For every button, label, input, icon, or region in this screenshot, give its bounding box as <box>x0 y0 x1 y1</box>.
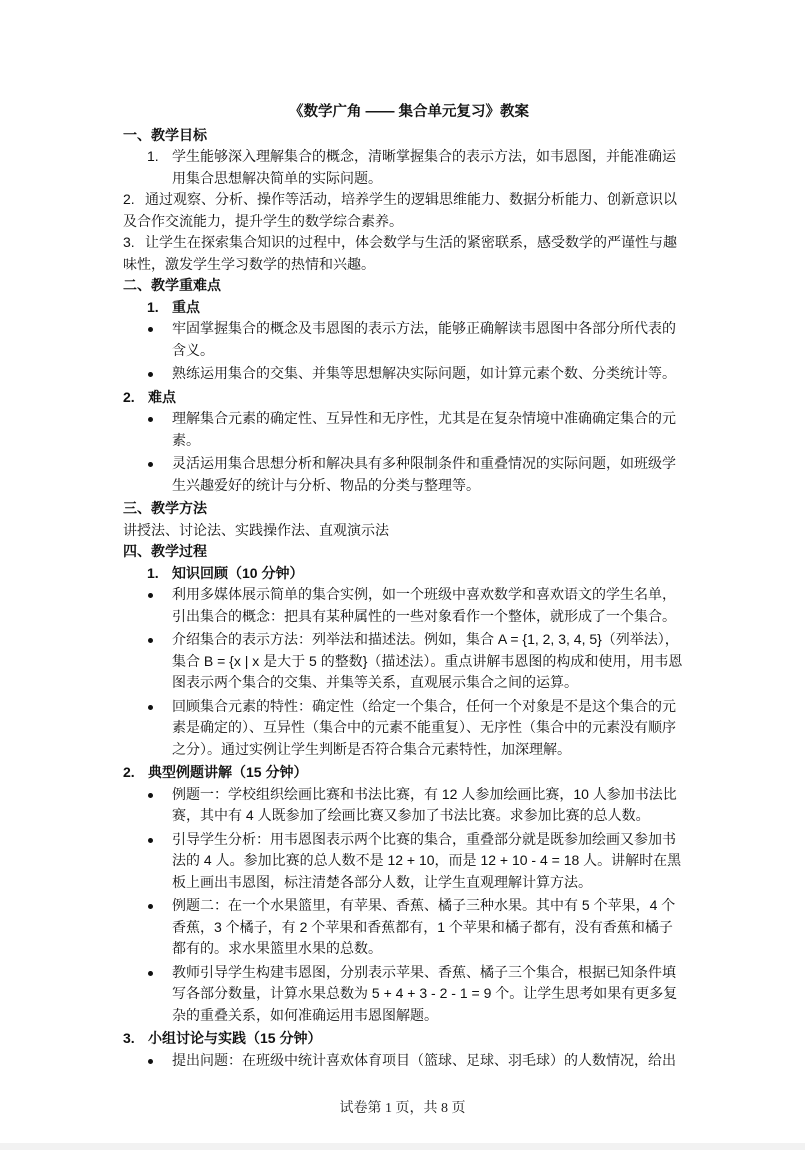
bullet-list: 理解集合元素的确定性、互异性和无序性，尤其是在复杂情境中准确确定集合的元素。 灵… <box>123 408 685 496</box>
list-item-text: 灵活运用集合思想分析和解决具有多种限制条件和重叠情况的实际问题，如班级学生兴趣爱… <box>172 455 676 493</box>
goal-item: 1. 学生能够深入理解集合的概念，清晰掌握集合的表示方法，如韦恩图，并能准确运用… <box>123 146 685 189</box>
bullet-icon <box>148 417 153 422</box>
subheading-label: 知识回顾（10 分钟） <box>172 565 303 581</box>
item-text: 学生能够深入理解集合的概念，清晰掌握集合的表示方法，如韦恩图，并能准确运用集合思… <box>172 148 676 186</box>
bullet-icon <box>148 1059 153 1064</box>
list-item-text: 牢固掌握集合的概念及韦恩图的表示方法，能够正确解读韦恩图中各部分所代表的含义。 <box>172 320 676 358</box>
subheading-label: 典型例题讲解（15 分钟） <box>148 764 307 780</box>
bullet-icon <box>148 372 153 377</box>
subheading-review: 1. 知识回顾（10 分钟） <box>123 563 685 585</box>
bullet-list: 利用多媒体展示简单的集合实例，如一个班级中喜欢数学和喜欢语文的学生名单，引出集合… <box>123 584 685 760</box>
subheading-difficulty: 2. 难点 <box>123 387 685 409</box>
bullet-icon <box>148 593 153 598</box>
list-item: 回顾集合元素的特性：确定性（给定一个集合，任何一个对象是不是这个集合的元素是确定… <box>123 696 685 761</box>
section-heading-methods: 三、教学方法 <box>123 498 685 520</box>
methods-text: 讲授法、讨论法、实践操作法、直观演示法 <box>123 520 685 542</box>
list-item-text: 例题一：学校组织绘画比赛和书法比赛，有 12 人参加绘画比赛，10 人参加书法比… <box>172 786 677 824</box>
list-item: 利用多媒体展示简单的集合实例，如一个班级中喜欢数学和喜欢语文的学生名单，引出集合… <box>123 584 685 627</box>
section-heading-goals: 一、教学目标 <box>123 125 685 147</box>
list-item: 灵活运用集合思想分析和解决具有多种限制条件和重叠情况的实际问题，如班级学生兴趣爱… <box>123 453 685 496</box>
list-item: 例题一：学校组织绘画比赛和书法比赛，有 12 人参加绘画比赛，10 人参加书法比… <box>123 784 685 827</box>
list-item-text: 引导学生分析：用韦恩图表示两个比赛的集合，重叠部分就是既参加绘画又参加书法的 4… <box>172 831 681 890</box>
list-item-text: 提出问题：在班级中统计喜欢体育项目（篮球、足球、羽毛球）的人数情况，给出 <box>172 1052 676 1068</box>
goal-item: 3.让学生在探索集合知识的过程中，体会数学与生活的紧密联系，感受数学的严谨性与趣… <box>123 232 685 275</box>
bullet-icon <box>148 327 153 332</box>
list-item-text: 熟练运用集合的交集、并集等思想解决实际问题，如计算元素个数、分类统计等。 <box>172 365 676 381</box>
list-item: 引导学生分析：用韦恩图表示两个比赛的集合，重叠部分就是既参加绘画又参加书法的 4… <box>123 829 685 894</box>
item-number: 2. <box>123 387 135 409</box>
item-number: 2. <box>123 762 135 784</box>
document-content: 《数学广角 —— 集合单元复习》教案 一、教学目标 1. 学生能够深入理解集合的… <box>123 102 685 1073</box>
bullet-list: 例题一：学校组织绘画比赛和书法比赛，有 12 人参加绘画比赛，10 人参加书法比… <box>123 784 685 1027</box>
list-item-text: 例题二：在一个水果篮里，有苹果、香蕉、橘子三种水果。其中有 5 个苹果，4 个香… <box>172 897 675 956</box>
item-number: 3. <box>123 232 145 254</box>
page-footer: 试卷第 1 页，共 8 页 <box>0 1097 805 1117</box>
list-item-text: 介绍集合的表示方法：列举法和描述法。例如，集合 A = {1, 2, 3, 4,… <box>172 631 682 690</box>
list-item: 提出问题：在班级中统计喜欢体育项目（篮球、足球、羽毛球）的人数情况，给出 <box>123 1050 685 1072</box>
item-number: 1. <box>147 146 159 168</box>
subheading-key-point: 1. 重点 <box>123 297 685 319</box>
goal-item: 2.通过观察、分析、操作等活动，培养学生的逻辑思维能力、数据分析能力、创新意识以… <box>123 189 685 232</box>
bullet-icon <box>148 971 153 976</box>
bullet-icon <box>148 638 153 643</box>
section-heading-process: 四、教学过程 <box>123 541 685 563</box>
subheading-group-discussion: 3. 小组讨论与实践（15 分钟） <box>123 1028 685 1050</box>
list-item: 介绍集合的表示方法：列举法和描述法。例如，集合 A = {1, 2, 3, 4,… <box>123 629 685 694</box>
item-text: 通过观察、分析、操作等活动，培养学生的逻辑思维能力、数据分析能力、创新意识以及合… <box>123 191 677 229</box>
item-number: 2. <box>123 189 145 211</box>
document-page: 《数学广角 —— 集合单元复习》教案 一、教学目标 1. 学生能够深入理解集合的… <box>0 0 805 1143</box>
list-item: 理解集合元素的确定性、互异性和无序性，尤其是在复杂情境中准确确定集合的元素。 <box>123 408 685 451</box>
list-item-text: 教师引导学生构建韦恩图，分别表示苹果、香蕉、橘子三个集合，根据已知条件填写各部分… <box>172 964 677 1023</box>
bullet-list: 牢固掌握集合的概念及韦恩图的表示方法，能够正确解读韦恩图中各部分所代表的含义。 … <box>123 318 685 385</box>
list-item: 牢固掌握集合的概念及韦恩图的表示方法，能够正确解读韦恩图中各部分所代表的含义。 <box>123 318 685 361</box>
list-item-text: 利用多媒体展示简单的集合实例，如一个班级中喜欢数学和喜欢语文的学生名单，引出集合… <box>172 586 676 624</box>
document-title: 《数学广角 —— 集合单元复习》教案 <box>133 102 685 124</box>
subheading-label: 小组讨论与实践（15 分钟） <box>148 1030 321 1046</box>
item-number: 1. <box>147 563 159 585</box>
item-text: 让学生在探索集合知识的过程中，体会数学与生活的紧密联系，感受数学的严谨性与趣味性… <box>123 234 677 272</box>
list-item-text: 理解集合元素的确定性、互异性和无序性，尤其是在复杂情境中准确确定集合的元素。 <box>172 410 676 448</box>
bullet-icon <box>148 705 153 710</box>
section-heading-key-points: 二、教学重难点 <box>123 275 685 297</box>
bullet-icon <box>148 462 153 467</box>
bullet-icon <box>148 838 153 843</box>
list-item: 熟练运用集合的交集、并集等思想解决实际问题，如计算元素个数、分类统计等。 <box>123 363 685 385</box>
item-number: 1. <box>147 297 159 319</box>
list-item: 例题二：在一个水果篮里，有苹果、香蕉、橘子三种水果。其中有 5 个苹果，4 个香… <box>123 895 685 960</box>
bullet-list: 提出问题：在班级中统计喜欢体育项目（篮球、足球、羽毛球）的人数情况，给出 <box>123 1050 685 1072</box>
bullet-icon <box>148 904 153 909</box>
item-number: 3. <box>123 1028 135 1050</box>
subheading-label: 难点 <box>148 389 176 405</box>
list-item-text: 回顾集合元素的特性：确定性（给定一个集合，任何一个对象是不是这个集合的元素是确定… <box>172 698 676 757</box>
subheading-examples: 2. 典型例题讲解（15 分钟） <box>123 762 685 784</box>
bullet-icon <box>148 793 153 798</box>
list-item: 教师引导学生构建韦恩图，分别表示苹果、香蕉、橘子三个集合，根据已知条件填写各部分… <box>123 962 685 1027</box>
subheading-label: 重点 <box>172 299 200 315</box>
